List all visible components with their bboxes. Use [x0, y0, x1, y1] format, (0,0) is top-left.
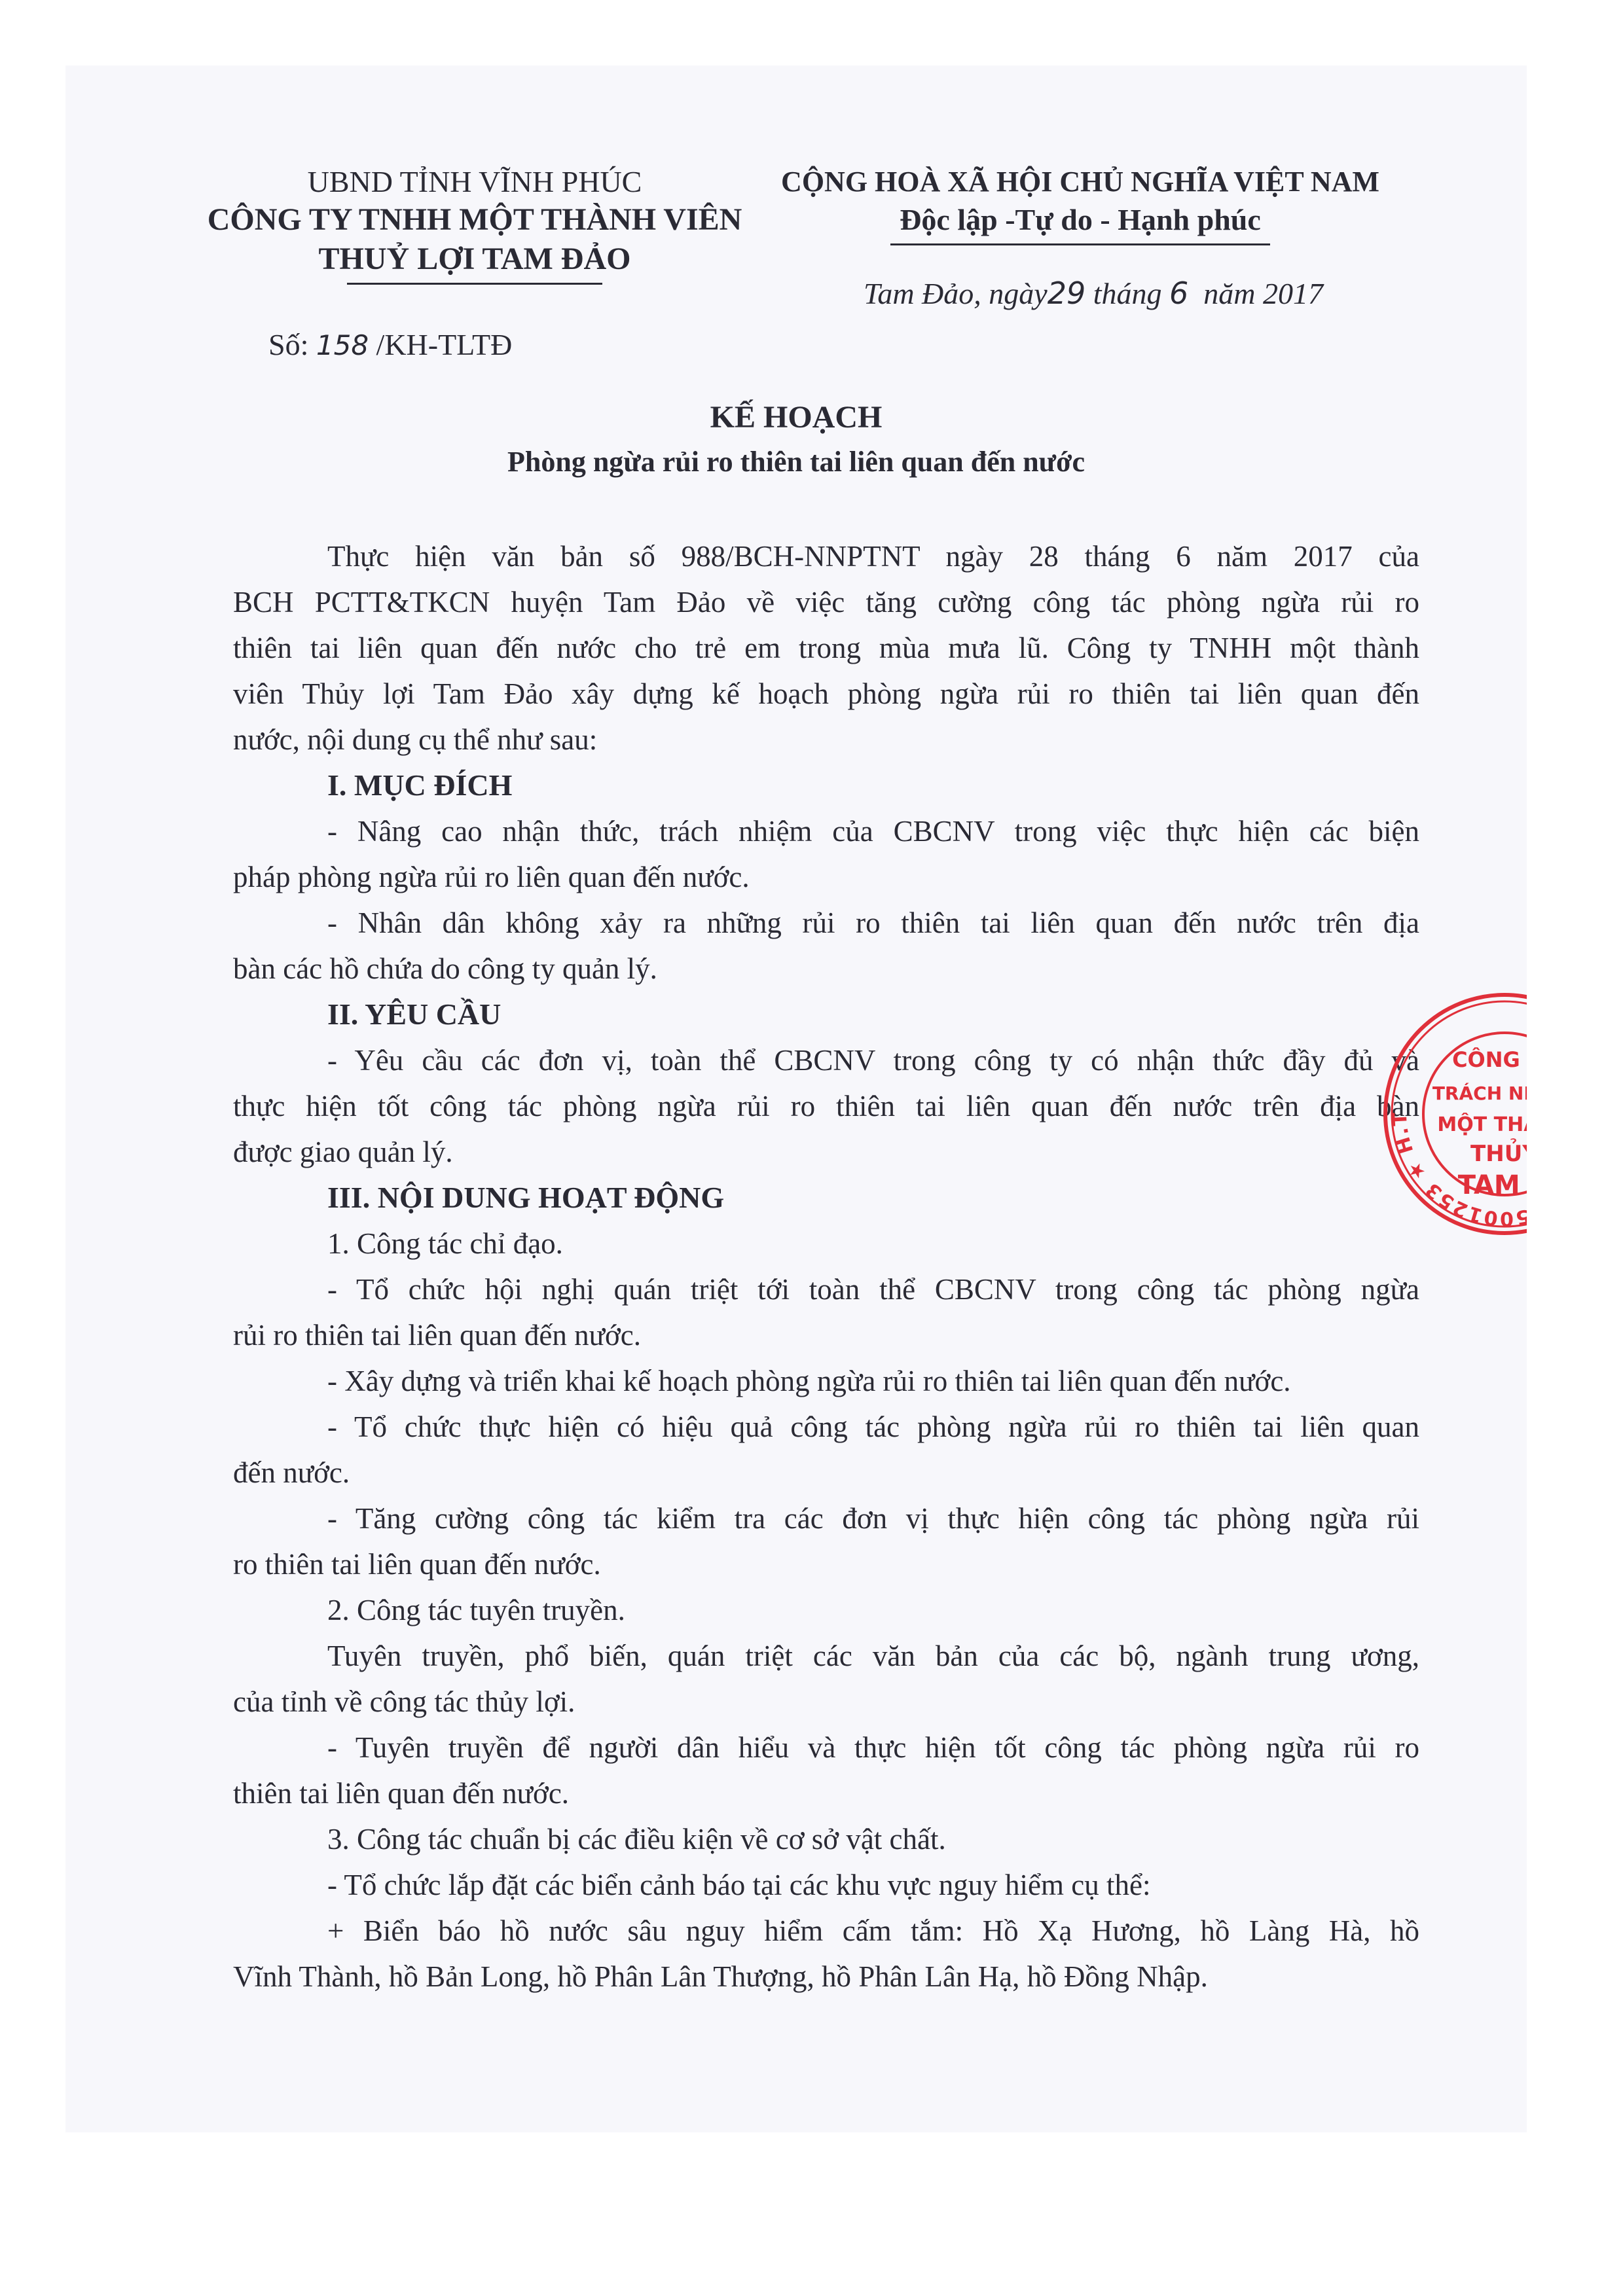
- document-number-prefix: Số:: [268, 328, 308, 361]
- date-month: 6: [1169, 276, 1188, 311]
- date-place: Tam Đảo, ngày: [864, 277, 1048, 310]
- issuer-underline: [347, 283, 602, 285]
- section-heading: II. YÊU CẦU: [233, 992, 1419, 1037]
- body-line: Vĩnh Thành, hồ Bản Long, hồ Phân Lân Thư…: [233, 1954, 1419, 2000]
- body-line: 3. Công tác chuẩn bị các điều kiện về cơ…: [233, 1816, 1419, 1862]
- body-line: - Tổ chức lắp đặt các biển cảnh báo tại …: [233, 1862, 1419, 1908]
- date-month-label: tháng: [1093, 277, 1162, 310]
- date-day: 29: [1048, 276, 1086, 311]
- issuer-header: UBND TỈNH VĨNH PHÚC CÔNG TY TNHH MỘT THÀ…: [105, 164, 845, 285]
- section-heading: I. MỤC ĐÍCH: [233, 762, 1419, 808]
- body-line: - Tổ chức hội nghị quán triệt tới toàn t…: [233, 1266, 1419, 1312]
- nation-name: CỘNG HOÀ XÃ HỘI CHỦ NGHĨA VIỆT NAM: [766, 164, 1395, 200]
- body-line: được giao quản lý.: [233, 1129, 1419, 1175]
- body-line: nước, nội dung cụ thể như sau:: [233, 717, 1419, 762]
- body-line: - Tăng cường công tác kiểm tra các đơn v…: [233, 1496, 1419, 1541]
- authority-name: UBND TỈNH VĨNH PHÚC: [105, 164, 845, 200]
- body-line: của tỉnh về công tác thủy lợi.: [233, 1679, 1419, 1725]
- body-line: viên Thủy lợi Tam Đảo xây dựng kế hoạch …: [233, 671, 1419, 717]
- national-header: CỘNG HOÀ XÃ HỘI CHỦ NGHĨA VIỆT NAM Độc l…: [766, 164, 1395, 311]
- body-line: thiên tai liên quan đến nước cho trẻ em …: [233, 625, 1419, 671]
- national-motto: Độc lập -Tự do - Hạnh phúc: [766, 200, 1395, 240]
- body-line: - Tuyên truyền để người dân hiểu và thực…: [233, 1725, 1419, 1770]
- body-line: thực hiện tốt công tác phòng ngừa rủi ro…: [233, 1083, 1419, 1129]
- body-line: bàn các hồ chứa do công ty quản lý.: [233, 946, 1419, 992]
- document-number-value: 158: [316, 329, 369, 361]
- body-line: + Biển báo hồ nước sâu nguy hiểm cấm tắm…: [233, 1908, 1419, 1954]
- body-line: đến nước.: [233, 1450, 1419, 1496]
- body-line: - Yêu cầu các đơn vị, toàn thể CBCNV tro…: [233, 1037, 1419, 1083]
- document-number-suffix: /KH-TLTĐ: [376, 328, 513, 361]
- document-subtitle: Phòng ngừa rủi ro thiên tai liên quan đế…: [65, 445, 1527, 478]
- company-name-line2: THUỶ LỢI TAM ĐẢO: [105, 240, 845, 279]
- body-line: rủi ro thiên tai liên quan đến nước.: [233, 1312, 1419, 1358]
- body-line: - Xây dựng và triển khai kế hoạch phòng …: [233, 1358, 1419, 1404]
- body-line: - Nhân dân không xảy ra những rủi ro thi…: [233, 900, 1419, 946]
- section-heading: III. NỘI DUNG HOẠT ĐỘNG: [233, 1175, 1419, 1221]
- body-line: 2. Công tác tuyên truyền.: [233, 1587, 1419, 1633]
- body-line: ro thiên tai liên quan đến nước.: [233, 1541, 1419, 1587]
- body-line: Tuyên truyền, phổ biến, quán triệt các v…: [233, 1633, 1419, 1679]
- body-line: - Tổ chức thực hiện có hiệu quả công tác…: [233, 1404, 1419, 1450]
- body-line: 1. Công tác chỉ đạo.: [233, 1221, 1419, 1266]
- company-name-line1: CÔNG TY TNHH MỘT THÀNH VIÊN: [105, 200, 845, 240]
- body-line: thiên tai liên quan đến nước.: [233, 1770, 1419, 1816]
- body-line: BCH PCTT&TKCN huyện Tam Đảo về việc tăng…: [233, 579, 1419, 625]
- date-year: năm 2017: [1203, 277, 1323, 310]
- document-title: KẾ HOẠCH: [65, 399, 1527, 435]
- scan-margin: [1527, 0, 1623, 2296]
- motto-underline: [890, 243, 1270, 245]
- body-line: pháp phòng ngừa rủi ro liên quan đến nướ…: [233, 854, 1419, 900]
- body-line: - Nâng cao nhận thức, trách nhiệm của CB…: [233, 808, 1419, 854]
- document-body: Thực hiện văn bản số 988/BCH-NNPTNT ngày…: [233, 533, 1419, 2000]
- body-line: Thực hiện văn bản số 988/BCH-NNPTNT ngày…: [233, 533, 1419, 579]
- document-number: Số: 158 /KH-TLTĐ: [268, 327, 512, 362]
- document-date: Tam Đảo, ngày29 tháng 6 năm 2017: [766, 276, 1395, 311]
